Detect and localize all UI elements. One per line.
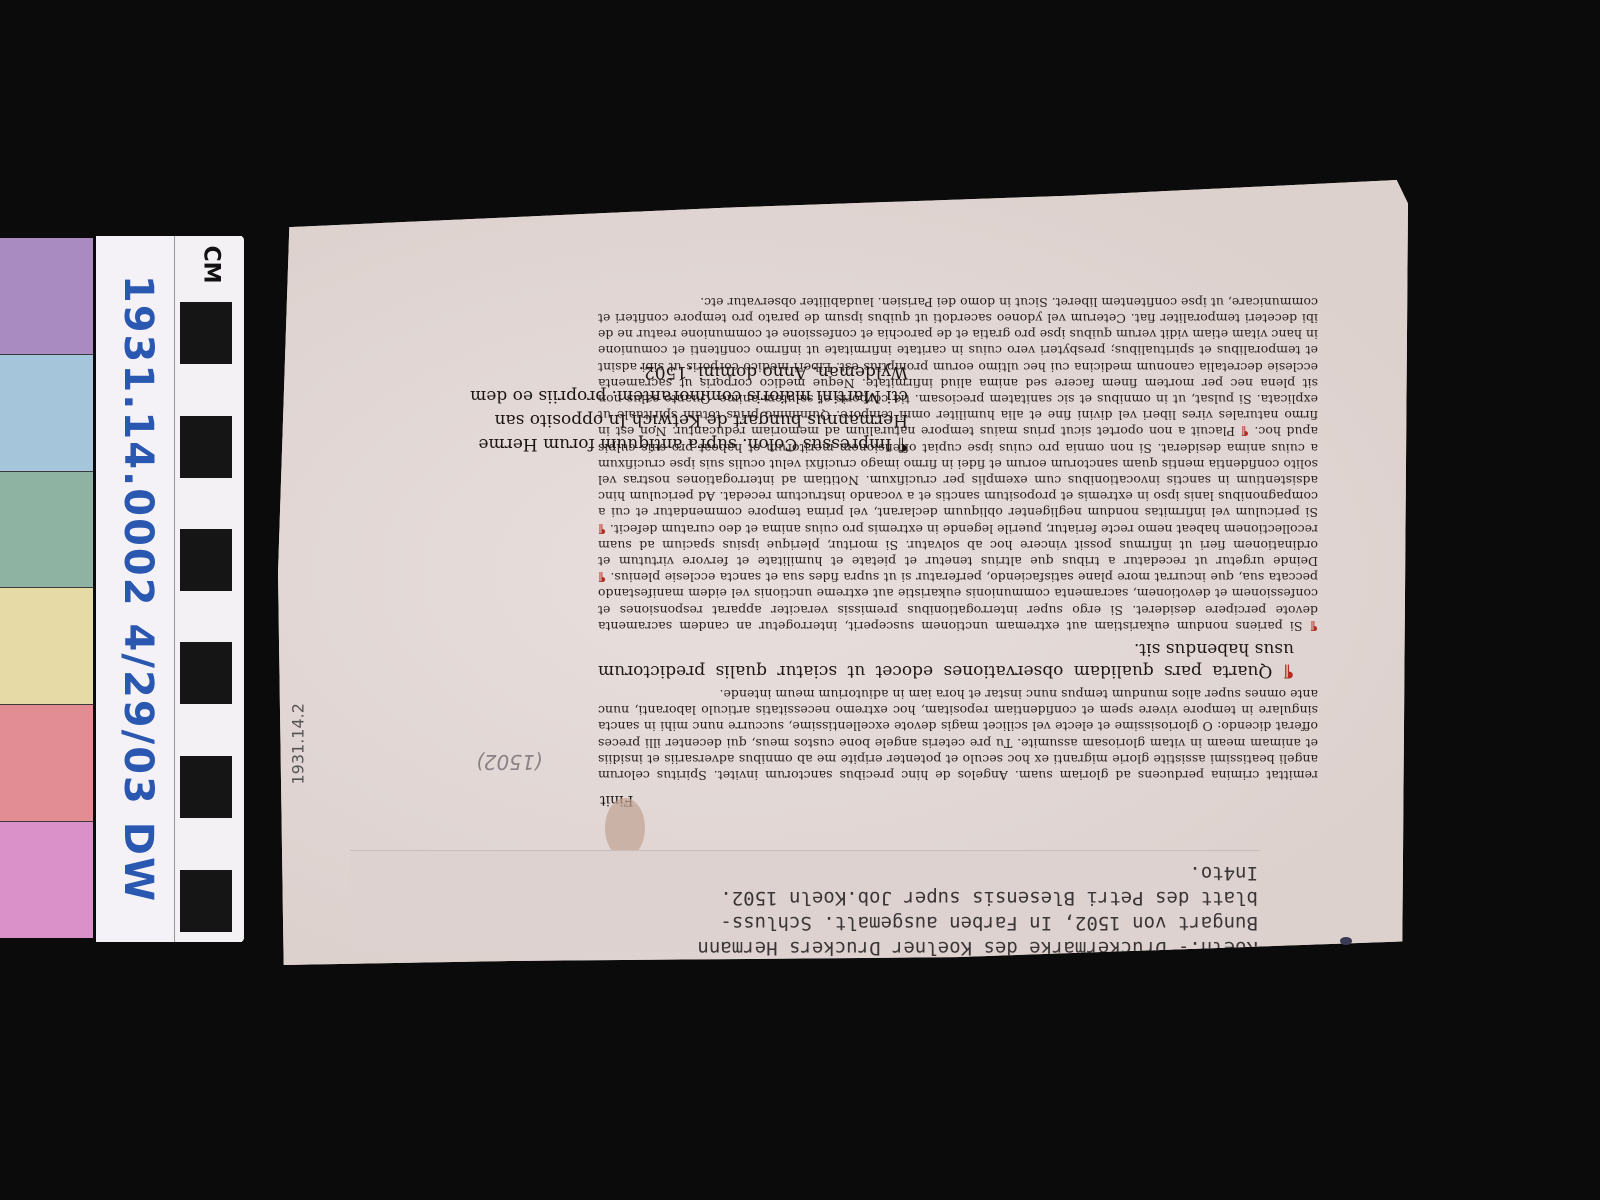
typed-label: Koeln.- Druckermarke des Koelner Drucker… <box>358 860 1258 960</box>
typed-label-line: In4to. <box>358 860 1258 885</box>
ruler-tick <box>180 416 232 478</box>
colophon-line: cti Martini maioris commorantem. proprii… <box>478 384 908 408</box>
ink-mark <box>1340 937 1352 945</box>
accession-label-strip: 1931.14.0002 4/29/03 DW <box>96 236 175 942</box>
pencil-date-annotation: (1502) <box>476 750 543 774</box>
color-reference-strip <box>0 238 93 938</box>
pencil-accession-annotation: 1931.14.2 <box>278 755 318 774</box>
swatch-magenta-pink <box>0 822 93 938</box>
colophon-line: Wyldeman. Anno domini .1502. <box>478 360 908 384</box>
ruler-tick <box>180 756 232 818</box>
colophon: ¶ Impressus Colon. supra antiquum forum … <box>478 316 908 456</box>
swatch-light-blue <box>0 355 93 472</box>
typed-label-line: blatt des Petri Blesensis super Job.Koel… <box>358 885 1258 910</box>
section-heading: ¶ Quarta pars qualidam observationes edo… <box>598 638 1294 682</box>
printed-leaf: remittat crimina perducens ad gloriam su… <box>278 180 1408 965</box>
paragraph: Deinde urgetur ut recedatur a tribus que… <box>598 522 1318 569</box>
accession-number: 1931.14.0002 4/29/03 DW <box>115 275 161 903</box>
cm-label: CM <box>199 245 224 283</box>
cm-ruler: 1931.14.0002 4/29/03 DW CM <box>96 236 244 942</box>
paragraph: Si pariens nondum eukaristiam aut extrem… <box>598 570 1318 634</box>
ruler-tick <box>180 529 232 591</box>
swatch-purple <box>0 238 93 355</box>
typed-label-line: Bungart von 1502, In Farben ausgemalt. S… <box>358 910 1258 935</box>
colophon-line: Hermannus bungart de Ketwich In opposito… <box>478 408 908 432</box>
colophon-line: ¶ Impressus Colon. supra antiquum forum … <box>478 432 908 456</box>
body-top-lines: remittat crimina perducens ad gloriam su… <box>598 686 1318 783</box>
swatch-yellow <box>0 588 93 705</box>
stain <box>605 798 645 858</box>
body-text-block: remittat crimina perducens ad gloriam su… <box>598 208 1318 783</box>
typed-label-line: Koeln.- Druckermarke des Koelner Drucker… <box>358 935 1258 960</box>
swatch-green <box>0 472 93 589</box>
ruler-tick <box>180 302 232 364</box>
ruler-tick <box>180 870 232 932</box>
swatch-red-pink <box>0 705 93 822</box>
ruler-tick <box>180 642 232 704</box>
ruler-scale: CM <box>176 236 242 942</box>
